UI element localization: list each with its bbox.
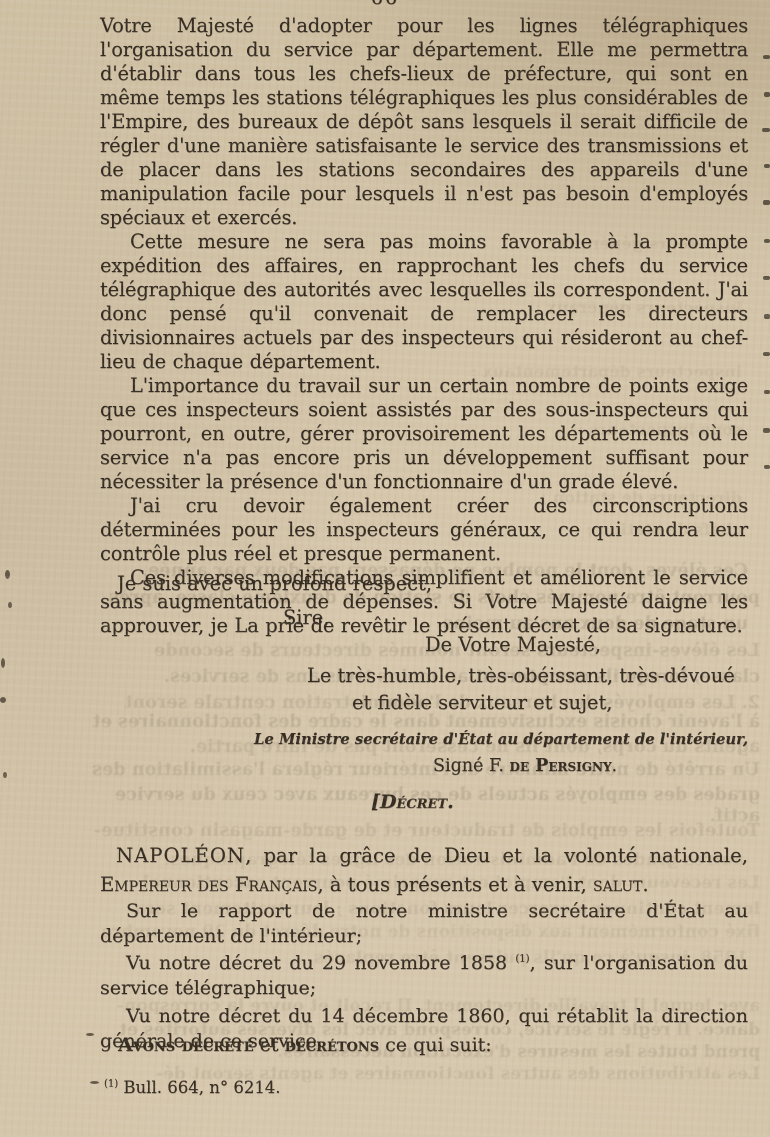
footnote-text: Bull. 664, n° 6214. <box>118 1078 280 1097</box>
closing-line: et fidèle serviteur et sujet, <box>352 691 612 714</box>
footnote-marker: (1) <box>104 1079 118 1090</box>
page-edge-mark <box>764 465 770 469</box>
visa-text: Vu notre décret du 29 novembre 1858 <box>126 952 507 974</box>
page-edge-mark <box>764 390 770 394</box>
enacting-text: ce qui suit: <box>379 1034 492 1056</box>
enacting-smallcaps: décrétons <box>285 1034 380 1056</box>
visa-rapport: Sur le rapport de notre ministre secréta… <box>100 899 748 949</box>
bleedthrough-line: Un arrêté de notre ministre de l'intérie… <box>92 760 760 780</box>
report-paragraph: L'importance du travail sur un certain n… <box>100 374 748 494</box>
page-edge-mark <box>764 164 770 168</box>
page-edge-mark <box>764 314 770 319</box>
scan-speck <box>90 1081 99 1084</box>
bleedthrough-line: Toutefois les emplois de traducteur et d… <box>94 821 760 841</box>
preamble-text: , par la grâce de Dieu et la volonté nat… <box>245 844 748 867</box>
scan-speck <box>8 602 12 608</box>
page-edge-mark <box>764 92 770 97</box>
closing-line: Le très-humble, très-obéissant, très-dév… <box>307 664 735 687</box>
visa-decret-1858: Vu notre décret du 29 novembre 1858 (1),… <box>100 951 748 1001</box>
page-number: — 66 — <box>0 0 770 9</box>
footnote-reference: (1) <box>515 954 529 965</box>
bleedthrough-line: à l'avenir choisis exclusivement dans le… <box>92 712 760 732</box>
decret-heading: [Décret. <box>371 791 454 813</box>
bleedthrough-line: actif. <box>710 806 760 826</box>
scan-speck <box>5 570 10 579</box>
report-paragraph: J'ai cru devoir également créer des circ… <box>100 494 748 566</box>
decret-preamble: NAPOLÉON, par la grâce de Dieu et la vol… <box>100 841 748 899</box>
signature-name: de Persigny <box>510 756 612 776</box>
signature-period: . <box>612 756 618 776</box>
salut-word: salut. <box>593 873 649 896</box>
scanned-document-page: directeurs généraux ;inspecteurs générau… <box>0 0 770 1137</box>
footnote: (1) Bull. 664, n° 6214. <box>104 1078 281 1097</box>
page-edge-mark <box>762 128 770 132</box>
closing-line: Sire, <box>283 606 329 629</box>
page-edge-mark <box>763 428 770 433</box>
enacting-text: et <box>254 1034 285 1056</box>
page-edge-mark <box>763 55 770 59</box>
enacting-smallcaps: Avons décrété <box>118 1034 254 1056</box>
enacting-clause: Avons décrété et décrétons ce qui suit: <box>118 1034 492 1056</box>
closing-line: De Votre Majesté, <box>425 633 601 656</box>
report-paragraph: Cette mesure ne sera pas moins favorable… <box>100 230 748 374</box>
scan-speck <box>3 772 7 778</box>
signature-line: Signé F. de Persigny. <box>433 756 617 776</box>
scan-speck <box>0 697 6 703</box>
emperor-title: Empereur des Français <box>100 873 317 896</box>
page-edge-mark <box>763 200 770 205</box>
emperor-name: NAPOLÉON <box>116 844 245 867</box>
scan-speck <box>86 1033 94 1036</box>
page-edge-mark <box>764 239 770 243</box>
page-edge-mark <box>763 276 770 280</box>
preamble-text: , à tous présents et à venir, <box>317 873 593 896</box>
report-paragraph: Votre Majesté d'adopter pour les lignes … <box>100 14 748 230</box>
closing-line: Je suis avec un profond respect, <box>117 572 432 595</box>
report-body: Votre Majesté d'adopter pour les lignes … <box>100 14 748 638</box>
scan-speck <box>1 658 5 668</box>
page-edge-mark <box>763 352 770 356</box>
minister-title: Le Ministre secrétaire d'État au départe… <box>254 731 748 748</box>
signature-prefix: Signé F. <box>433 756 510 776</box>
